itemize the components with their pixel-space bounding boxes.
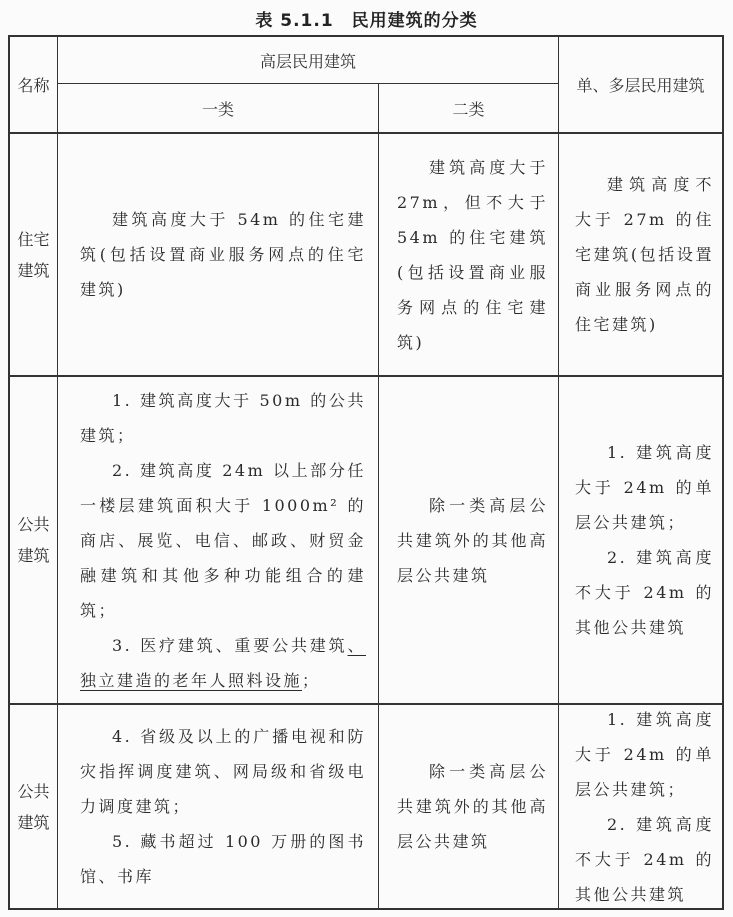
row-name-residential: 住宅建筑 [10,134,57,375]
row2-low-rise-item2: 2. 建筑高度不大于 24m 的其他公共建筑 [575,540,714,645]
row2-class1-item1: 1. 建筑高度大于 50m 的公共建筑； [80,383,366,453]
header-class1: 一类 [58,84,378,132]
header-low-rise: 单、多层民用建筑 [559,37,722,132]
row1-low-rise-text: 建筑高度不大于 27m 的住宅建筑(包括设置商业服务网点的住宅建筑) [575,167,714,342]
row2-class1-item3-text: 3. 医疗建筑、重要公共建筑 [112,636,347,655]
row3-class1: 4. 省级及以上的广播电视和防灾指挥调度建筑、网局级和省级电力调度建筑； 5. … [58,705,378,908]
row2-low-rise: 1. 建筑高度大于 24m 的单层公共建筑； 2. 建筑高度不大于 24m 的其… [559,377,722,703]
header-class2: 二类 [379,84,558,132]
row1-class2: 建筑高度大于 27m，但不大于 54m 的住宅建筑(包括设置商业服务网点的住宅建… [379,134,558,375]
row3-class2-text: 除一类高层公共建筑外的其他高层公共建筑 [397,754,548,859]
row1-class2-text: 建筑高度大于 27m，但不大于 54m 的住宅建筑(包括设置商业服务网点的住宅建… [397,150,548,360]
row3-class1-item4: 4. 省级及以上的广播电视和防灾指挥调度建筑、网局级和省级电力调度建筑； [80,719,366,824]
row3-low-rise-item2: 2. 建筑高度不大于 24m 的其他公共建筑 [575,807,714,912]
building-classification-table: 名称 高层民用建筑 一类 二类 单、多层民用建筑 住宅建筑 建筑高度大于 54m… [8,35,724,910]
border-right [722,35,724,910]
header-high-rise: 高层民用建筑 [58,37,558,83]
row2-class2: 除一类高层公共建筑外的其他高层公共建筑 [379,377,558,703]
row-name-public-2: 公共建筑 [10,705,57,908]
row3-class2: 除一类高层公共建筑外的其他高层公共建筑 [379,705,558,908]
row2-class2-text: 除一类高层公共建筑外的其他高层公共建筑 [397,488,548,593]
row1-class1-text: 建筑高度大于 54m 的住宅建筑(包括设置商业服务网点的住宅建筑) [80,202,366,307]
row2-class1-item3: 3. 医疗建筑、重要公共建筑、独立建造的老年人照料设施； [80,628,366,698]
row2-low-rise-item1: 1. 建筑高度大于 24m 的单层公共建筑； [575,435,714,540]
row2-class1: 1. 建筑高度大于 50m 的公共建筑； 2. 建筑高度 24m 以上部分任一楼… [58,377,378,703]
row2-class1-item3-tail: ； [302,671,321,690]
row-name-public-1: 公共建筑 [10,377,57,703]
row3-low-rise-item1: 1. 建筑高度大于 24m 的单层公共建筑； [575,702,714,807]
row2-class1-item2: 2. 建筑高度 24m 以上部分任一楼层建筑面积大于 1000m² 的商店、展览… [80,453,366,628]
table-title: 表 5.1.1 民用建筑的分类 [0,6,733,31]
header-name: 名称 [10,37,57,132]
row3-class1-item5: 5. 藏书超过 100 万册的图书馆、书库 [80,824,366,894]
row3-low-rise: 1. 建筑高度大于 24m 的单层公共建筑； 2. 建筑高度不大于 24m 的其… [559,705,722,908]
row1-class1: 建筑高度大于 54m 的住宅建筑(包括设置商业服务网点的住宅建筑) [58,134,378,375]
row1-low-rise: 建筑高度不大于 27m 的住宅建筑(包括设置商业服务网点的住宅建筑) [559,134,722,375]
